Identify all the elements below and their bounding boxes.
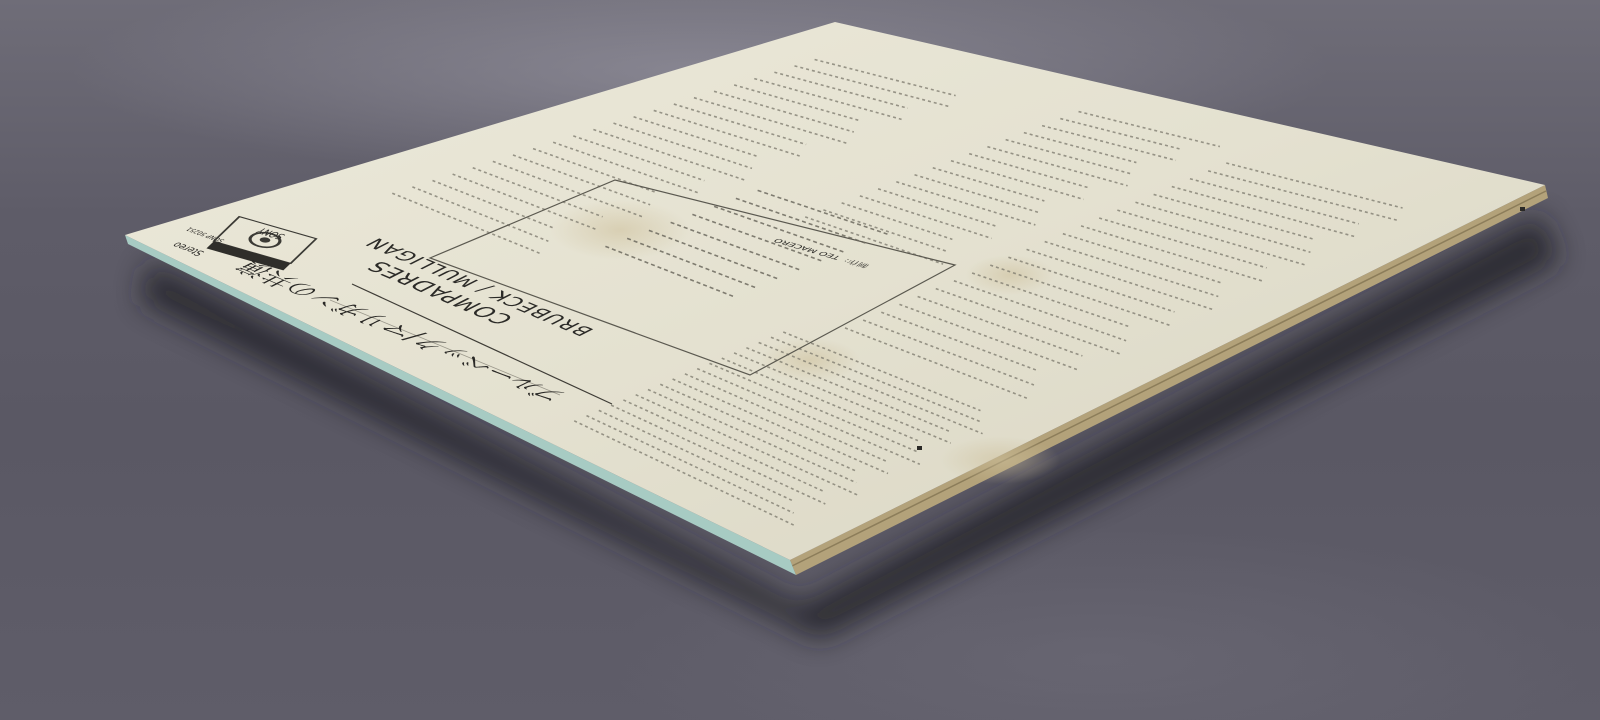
photo-scene: SONY Stereo SONP 50251 COMPADRES BRUBECK… [0, 0, 1600, 720]
marker-square [917, 446, 922, 450]
marker-square [1520, 207, 1525, 211]
